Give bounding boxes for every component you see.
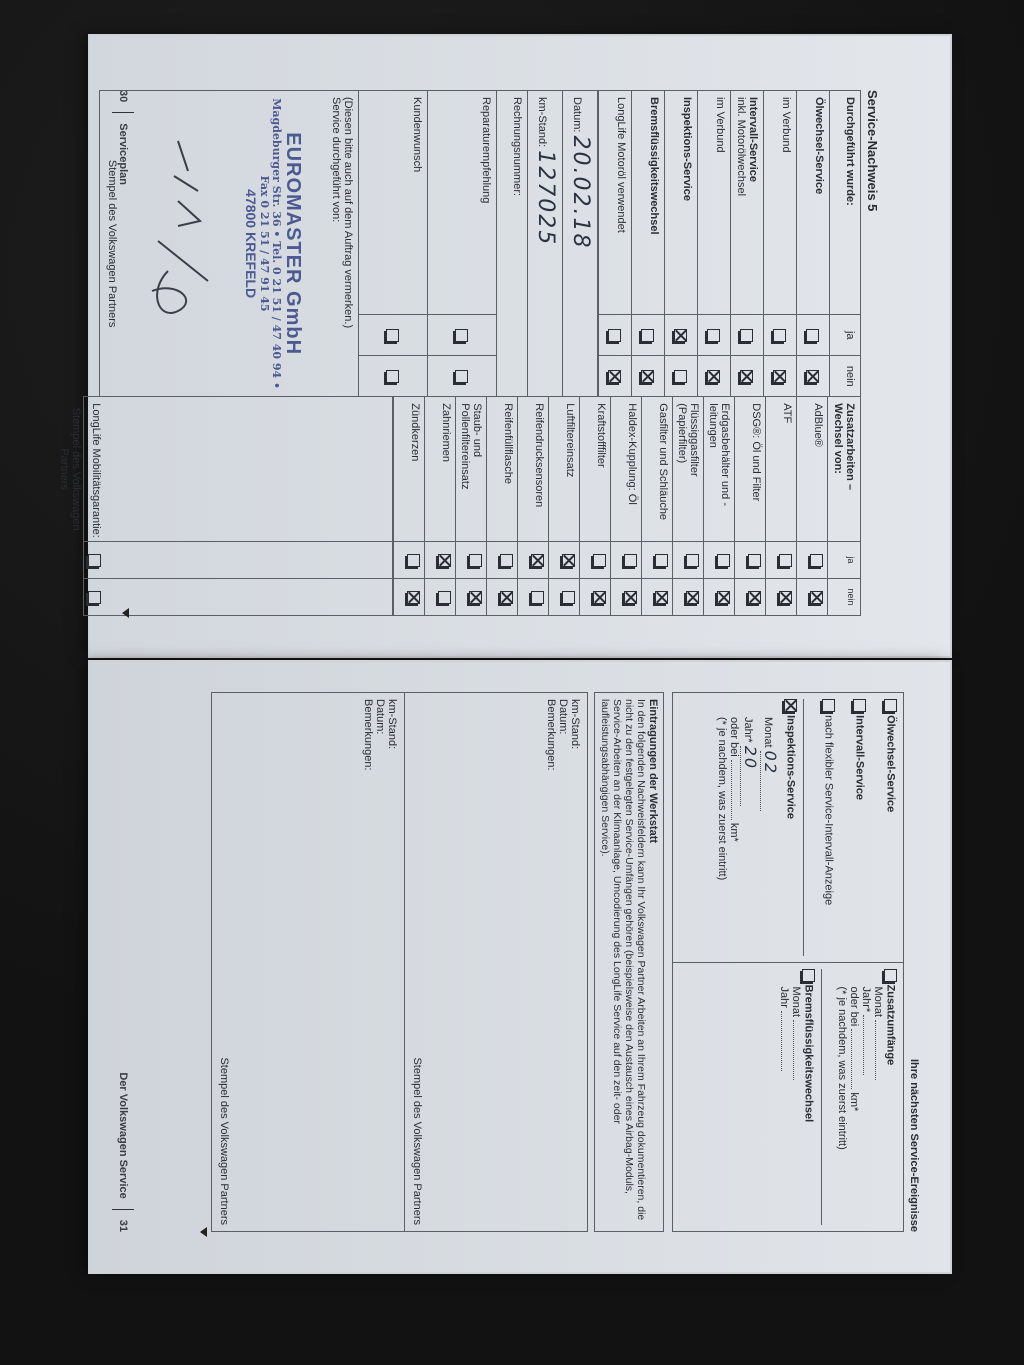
zusatz-row-label: Zahnriemen — [425, 397, 456, 542]
nein-checkbox[interactable] — [717, 591, 730, 604]
next-events-right: Zusatzumfänge Monat Jahr* oder bei km* (… — [673, 963, 903, 1232]
zusatz-row: Erdgasbehälter und -leitungen — [704, 397, 735, 616]
zusatz-row: Haldex-Kupplung: Öl — [611, 397, 642, 616]
zusatz-row: ATF — [766, 397, 797, 616]
mobilitaet-nein-checkbox[interactable] — [88, 591, 101, 604]
service-row: Intervall-Serviceinkl. Motorölwechsel — [731, 91, 764, 397]
page-31: Ihre nächsten Service-Ereignisse Ölwechs… — [90, 662, 950, 1272]
entry-2: km-Stand: Datum: Bemerkungen: Stempel de… — [211, 692, 404, 1232]
nein-checkbox[interactable] — [609, 370, 622, 383]
workshop-stamp: EUROMASTER GmbH Magdeburger Str. 36 • Te… — [242, 97, 304, 390]
zusatz-footnote: (* je nachdem, was zuerst eintritt) — [836, 987, 848, 1226]
intervall-label: Intervall-Service — [854, 715, 866, 800]
zusatz-table: Zusatzarbeiten – Wechsel von: ja nein Ad… — [393, 396, 861, 616]
nein-checkbox[interactable] — [774, 370, 787, 383]
footer-divider — [112, 1209, 134, 1210]
service-row: im Verbund — [764, 91, 797, 397]
inspektion-km-suffix: km* — [728, 823, 740, 842]
note: (Diesen bitte auch auf dem Auftrag verme… — [342, 97, 354, 390]
intervall-checkbox[interactable] — [853, 699, 866, 712]
flexibel-checkbox[interactable] — [822, 699, 835, 712]
nein-checkbox[interactable] — [469, 591, 482, 604]
zusatz-row: Zahnriemen — [425, 397, 456, 616]
brems-label: Bremsflüssigkeitswechsel — [803, 985, 815, 1123]
ja-checkbox[interactable] — [774, 329, 787, 342]
nein-checkbox[interactable] — [810, 591, 823, 604]
service-row: im Verbund — [698, 91, 731, 397]
zusatzarbeiten-form: Zusatzarbeiten – Wechsel von: ja nein Ad… — [160, 396, 861, 616]
ja-checkbox[interactable] — [810, 554, 823, 567]
nein-checkbox[interactable] — [686, 591, 699, 604]
entry-bemerkungen-label: Bemerkungen: — [545, 699, 557, 1225]
service-row: LongLife Motoröl verwendet — [599, 91, 632, 397]
kundenwunsch-label: Kundenwunsch — [359, 91, 428, 315]
brems-monat-label: Monat — [790, 987, 802, 1018]
nein-checkbox[interactable] — [741, 370, 754, 383]
zusatz-row: Flüssiggasfilter (Papierfilter) — [673, 397, 704, 616]
flexibel-label: nach flexibler Service-Intervall-Anzeige — [823, 715, 835, 905]
signature — [148, 131, 218, 331]
zusatz-row-label: DSG®: Öl und Filter — [735, 397, 766, 542]
ja-checkbox[interactable] — [642, 329, 655, 342]
inspektion-label: Inspektions-Service — [785, 715, 797, 819]
nein-checkbox[interactable] — [407, 591, 420, 604]
entry-stempel-label: Stempel des Volkswagen Partners — [411, 1005, 423, 1225]
zusatz-row: Reifenfüllflasche — [487, 397, 518, 616]
service-row: Ölwechsel-Service — [797, 91, 830, 397]
zusatz-row: Kraftstofffilter — [580, 397, 611, 616]
zusatzumfaenge-checkbox[interactable] — [884, 969, 897, 982]
service-row: Inspektions-Service — [665, 91, 698, 397]
page-number: 30 — [117, 90, 129, 102]
zusatz-row-label: Erdgasbehälter und -leitungen — [704, 397, 735, 542]
zusatz-row: Reifendrucksensoren — [518, 397, 549, 616]
section-title: Der Volkswagen Service — [117, 1072, 129, 1198]
km-label: km-Stand: — [536, 97, 548, 147]
ja-checkbox[interactable] — [655, 554, 668, 567]
footer-divider — [112, 112, 134, 113]
header-ja: ja — [830, 315, 861, 356]
nein-checkbox[interactable] — [655, 591, 668, 604]
details-table: Datum: 20.02.18 km-Stand: 127025 Rechnun… — [99, 90, 598, 397]
datum-label: Datum: — [571, 97, 583, 132]
continue-arrow-icon — [122, 608, 129, 618]
durchgefuehrt-label: Service durchgeführt von: — [330, 97, 342, 390]
ja-checkbox[interactable] — [500, 554, 513, 567]
zusatz-header-nein: nein — [828, 579, 861, 616]
zusatz-row-label: Haldex-Kupplung: Öl — [611, 397, 642, 542]
nein-checkbox[interactable] — [500, 591, 513, 604]
service-row-label: im Verbund — [714, 97, 726, 308]
inspektion-monat-value: 02 — [760, 751, 780, 811]
stamp-address: Magdeburger Str. 36 • Tel. 0 21 51 / 47 … — [258, 97, 282, 390]
datum-value: 20.02.18 — [568, 136, 593, 250]
mobilitaet-ja-checkbox[interactable] — [88, 554, 101, 567]
page-number: 31 — [117, 1220, 129, 1232]
zusatz-header-ja: ja — [828, 542, 861, 579]
brems-checkbox[interactable] — [802, 969, 815, 982]
entry-1: km-Stand: Datum: Bemerkungen: Stempel de… — [404, 692, 588, 1232]
right-footer: Der Volkswagen Service 31 — [112, 1072, 134, 1232]
ja-checkbox[interactable] — [807, 329, 820, 342]
inspektion-footnote: (* je nachdem, was zuerst eintritt) — [716, 717, 728, 956]
next-events-title: Ihre nächsten Service-Ereignisse — [908, 692, 920, 1232]
inspektion-jahr-value: 20 — [740, 746, 760, 806]
ja-checkbox[interactable] — [469, 554, 482, 567]
next-events-left: Ölwechsel-Service Intervall-Service nach… — [673, 693, 903, 963]
zusatzumfaenge-label: Zusatzumfänge — [885, 985, 897, 1066]
section-title: Serviceplan — [117, 123, 129, 185]
oelwechsel-checkbox[interactable] — [884, 699, 897, 712]
ja-checkbox[interactable] — [686, 554, 699, 567]
page-30: Service-Nachweis 5 Durchgeführt wurde: j… — [90, 36, 950, 656]
inspektion-monat-label: Monat — [762, 717, 774, 748]
eintragungen-box: Eintragungen der Werkstatt In den folgen… — [594, 692, 664, 1232]
service-row-label: LongLife Motoröl verwendet — [615, 97, 627, 308]
zusatz-km-suffix: km* — [848, 1092, 860, 1111]
entry-km-label: km-Stand: — [386, 699, 398, 1225]
open-service-booklet: Service-Nachweis 5 Durchgeführt wurde: j… — [50, 36, 950, 1276]
service-row-label: im Verbund — [780, 97, 792, 308]
zusatz-oder-label: oder bei — [848, 987, 860, 1027]
service-row-label: Intervall-Service — [747, 97, 759, 308]
nein-checkbox[interactable] — [675, 370, 688, 383]
ja-checkbox[interactable] — [624, 554, 637, 567]
zusatz-row-label: AdBlue® — [797, 397, 828, 542]
zusatz-row-label: Gasfilter und Schläuche — [642, 397, 673, 542]
zusatz-row-label: Staub- und Pollenfiltereinsatz — [456, 397, 487, 542]
ja-checkbox[interactable] — [748, 554, 761, 567]
service-row: Bremsflüssigkeitswechsel — [632, 91, 665, 397]
inspektion-jahr-label: Jahr* — [742, 717, 754, 743]
zusatz-row-label: Flüssiggasfilter (Papierfilter) — [673, 397, 704, 542]
header-label: Durchgeführt wurde: — [830, 91, 861, 315]
service-row-label: Bremsflüssigkeitswechsel — [648, 97, 660, 308]
header-nein: nein — [830, 356, 861, 397]
entry-datum-label: Datum: — [557, 699, 569, 1225]
mobilitaet-table: LongLife Mobilitätsgarantie: Stempel des… — [83, 396, 393, 616]
nein-checkbox[interactable] — [779, 591, 792, 604]
entry-km-label: km-Stand: — [569, 699, 581, 1225]
zusatz-row: AdBlue® — [797, 397, 828, 616]
ja-checkbox[interactable] — [593, 554, 606, 567]
ja-checkbox[interactable] — [609, 329, 622, 342]
ja-checkbox[interactable] — [438, 554, 451, 567]
eintragungen-title: Eintragungen der Werkstatt — [647, 699, 659, 1225]
entry-stempel-label: Stempel des Volkswagen Partners — [218, 1005, 230, 1225]
oelwechsel-label: Ölwechsel-Service — [885, 715, 897, 812]
ja-checkbox[interactable] — [562, 554, 575, 567]
stamp-city: 47800 KREFELD — [242, 97, 257, 390]
service-table: Durchgeführt wurde: ja nein Ölwechsel-Se… — [598, 90, 861, 397]
service-row-label: Ölwechsel-Service — [813, 97, 825, 308]
zusatz-row: Luftfiltereinsatz — [549, 397, 580, 616]
nein-checkbox[interactable] — [624, 591, 637, 604]
zusatz-row: Zündkerzen — [394, 397, 425, 616]
km-value: 127025 — [533, 150, 558, 246]
brems-jahr-label: Jahr — [778, 987, 790, 1008]
kundenwunsch-nein-checkbox[interactable] — [387, 370, 400, 383]
ja-checkbox[interactable] — [741, 329, 754, 342]
zusatz-jahr-label: Jahr* — [860, 987, 872, 1013]
ja-checkbox[interactable] — [675, 329, 688, 342]
ja-checkbox[interactable] — [779, 554, 792, 567]
nein-checkbox[interactable] — [593, 591, 606, 604]
reparatur-ja-checkbox[interactable] — [456, 329, 469, 342]
zusatz-row-label: Kraftstofffilter — [580, 397, 611, 542]
nein-checkbox[interactable] — [438, 591, 451, 604]
nein-checkbox[interactable] — [562, 591, 575, 604]
form-title: Service-Nachweis 5 — [865, 90, 880, 397]
inspektion-oder-label: oder bei — [728, 717, 740, 757]
ja-checkbox[interactable] — [407, 554, 420, 567]
mobilitaet-label: LongLife Mobilitätsgarantie: — [90, 403, 102, 538]
zusatz-header: Zusatzarbeiten – Wechsel von: — [828, 397, 861, 542]
ja-checkbox[interactable] — [531, 554, 544, 567]
entry-bemerkungen-label: Bemerkungen: — [362, 699, 374, 1225]
kundenwunsch-ja-checkbox[interactable] — [387, 329, 400, 342]
zusatz-row-label: Reifenfüllflasche — [487, 397, 518, 542]
stamp-name: EUROMASTER GmbH — [282, 97, 304, 390]
left-footer: 30 Serviceplan — [112, 90, 134, 185]
service-row-sublabel: inkl. Motorölwechsel — [735, 97, 747, 308]
zusatz-row-label: Reifendrucksensoren — [518, 397, 549, 542]
ja-checkbox[interactable] — [708, 329, 721, 342]
nein-checkbox[interactable] — [807, 370, 820, 383]
zusatz-row: DSG®: Öl und Filter — [735, 397, 766, 616]
zusatz-row: Staub- und Pollenfiltereinsatz — [456, 397, 487, 616]
eintragungen-text: In den folgenden Nachweisfeldern kann Ih… — [599, 699, 647, 1225]
nein-checkbox[interactable] — [531, 591, 544, 604]
zusatz-row-label: Luftfiltereinsatz — [549, 397, 580, 542]
nein-checkbox[interactable] — [748, 591, 761, 604]
zusatz-row-label: Zündkerzen — [394, 397, 425, 542]
entry-datum-label: Datum: — [374, 699, 386, 1225]
nein-checkbox[interactable] — [642, 370, 655, 383]
next-events-box: Ölwechsel-Service Intervall-Service nach… — [672, 692, 904, 1232]
rechnung-label: Rechnungsnummer: — [511, 97, 523, 196]
reparatur-label: Reparaturempfehlung — [428, 91, 497, 315]
reparatur-nein-checkbox[interactable] — [456, 370, 469, 383]
zusatz-row-label: ATF — [766, 397, 797, 542]
inspektion-checkbox[interactable] — [784, 699, 797, 712]
continue-arrow-icon — [200, 1227, 207, 1237]
service-row-label: Inspektions-Service — [681, 97, 693, 308]
zusatz-stempel-label: Stempel des Volkswagen Partners — [58, 397, 82, 541]
service-nachweis-form: Service-Nachweis 5 Durchgeführt wurde: j… — [160, 90, 880, 397]
nein-checkbox[interactable] — [708, 370, 721, 383]
zusatz-monat-label: Monat — [872, 987, 884, 1018]
ja-checkbox[interactable] — [717, 554, 730, 567]
zusatz-row: Gasfilter und Schläuche — [642, 397, 673, 616]
